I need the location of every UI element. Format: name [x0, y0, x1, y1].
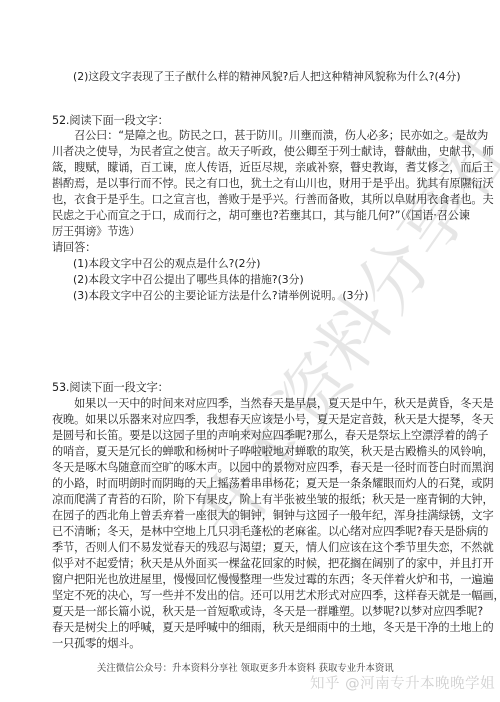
passage-line: 箴，瞍赋，矇诵，百工谏，庶人传语，近臣尽规，亲戚补察，瞽史教诲，耆艾修之，而后王 — [52, 160, 452, 175]
document-page: 升本资料分享社 (2)这段文字表现了王子猷什么样的精神风貌?后人把这种精神风貌称… — [0, 0, 500, 702]
q51-sub-question-2: (2)这段文字表现了王子猷什么样的精神风貌?后人把这种精神风貌称为什么?(4分) — [73, 69, 461, 84]
passage-line: 夜晚。如果以乐器来对应四季，我想春天应该是小号，夏天是定音鼓，秋天是大提琴，冬天 — [52, 412, 452, 427]
passage-line: 凉而爬满了青苔的石阶，阶下有果皮，阶上有半张被坐皱的报纸；秋天是一座青铜的大钟， — [52, 492, 452, 507]
passage-line: 召公曰：“是障之也。防民之口，甚于防川。川壅而溃，伤人必多；民亦如之。是故为 — [52, 128, 452, 143]
passage-line: 似乎对不起爱情；秋天是从外面买一棵盆花回家的时候，把花搁在阔别了的家中，并且打开 — [52, 556, 452, 571]
passage-line: 川者决之使导，为民者宣之使言。故天子听政，使公卿至于列士献诗，瞽献曲，史献书，师 — [52, 144, 452, 159]
passage-line: 民虑之于心而宣之于口，成而行之，胡可壅也?若壅其口，其与能几何?”（《国语·召公… — [52, 208, 452, 223]
passage-line: 窗户把阳光也放进屋里，慢慢回忆慢慢整理一些发过霉的东西；冬天伴着火炉和书，一遍遍 — [52, 572, 452, 587]
q52-question-1: (1)本段文字中召公的观点是什么?(2分) — [73, 256, 260, 271]
passage-line: 已不清晰；冬天，是林中空地上几只羽毛蓬松的老麻雀。以心绪对应四季呢?春天是卧病的 — [52, 524, 452, 539]
q53-heading: 53.阅读下面一段文字： — [52, 380, 452, 395]
passage-line: 在园子的西北角上曾丢弃着一座很大的铜钟，铜钟与这园子一般年纪，浑身挂满绿锈，文字 — [52, 508, 452, 523]
passage-line: 的哨音，夏天是冗长的蝉歌和杨树叶子哗啦啦地对蝉歌的取笑，秋天是古殿檐头的风铃响， — [52, 444, 452, 459]
q52-heading: 52.阅读下面一段文字： — [52, 113, 452, 128]
zhihu-watermark: 知乎 @河南专升本晚晚学姐 — [310, 672, 495, 693]
passage-line: 一只孤零的烟斗。 — [52, 636, 452, 651]
passage-line: 夏天是一部长篇小说，秋天是一首短歌或诗，冬天是一群雕塑。以梦呢?以梦对应四季呢? — [52, 604, 452, 619]
passage-line: 厉王弭谤》节选） — [52, 224, 452, 239]
q52-prompt: 请回答： — [52, 240, 452, 255]
passage-line: 冬天是啄木鸟随意而空旷的啄木声。以园中的景物对应四季，春天是一径时而苍白时而黑润 — [52, 460, 452, 475]
q52-question-2: (2)本段文字中召公提出了哪些具体的措施?(3分) — [73, 272, 304, 287]
passage-line: 是圆号和长笛。要是以这园子里的声响来对应四季呢?那么，春天是祭坛上空漂浮着的鸽子 — [52, 428, 452, 443]
passage-line: 斟酌焉，是以事行而不悖。民之有口也，犹土之有山川也，财用于是乎出。犹其有原隰衍沃 — [52, 176, 452, 191]
passage-line: 的小路，时而明朗时而阴晦的天上摇荡着串串杨花；夏天是一条条耀眼而灼人的石凳，或阴 — [52, 476, 452, 491]
passage-line: 如果以一天中的时间来对应四季，当然春天是早晨，夏天是中午，秋天是黄昏，冬天是 — [52, 396, 452, 411]
passage-line: 季节，否则人们不易发觉春天的残忍与渴望；夏天，情人们应该在这个季节里失恋，不然就 — [52, 540, 452, 555]
passage-line: 也，衣食于是乎生。口之宣言也，善败于是乎兴。行善而备败，其所以阜财用衣食者也。夫 — [52, 192, 452, 207]
passage-line: 坚定不死的决心，写一些并不发出的信。还可以用艺术形式对应四季，这样春天就是一幅画… — [52, 588, 452, 603]
q52-question-3: (3)本段文字中召公的主要论证方法是什么?请举例说明。(3分) — [73, 288, 368, 303]
passage-line: 春天是树尖上的呼喊，夏天是呼喊中的细雨，秋天是细雨中的土地，冬天是干净的土地上的 — [52, 620, 452, 635]
